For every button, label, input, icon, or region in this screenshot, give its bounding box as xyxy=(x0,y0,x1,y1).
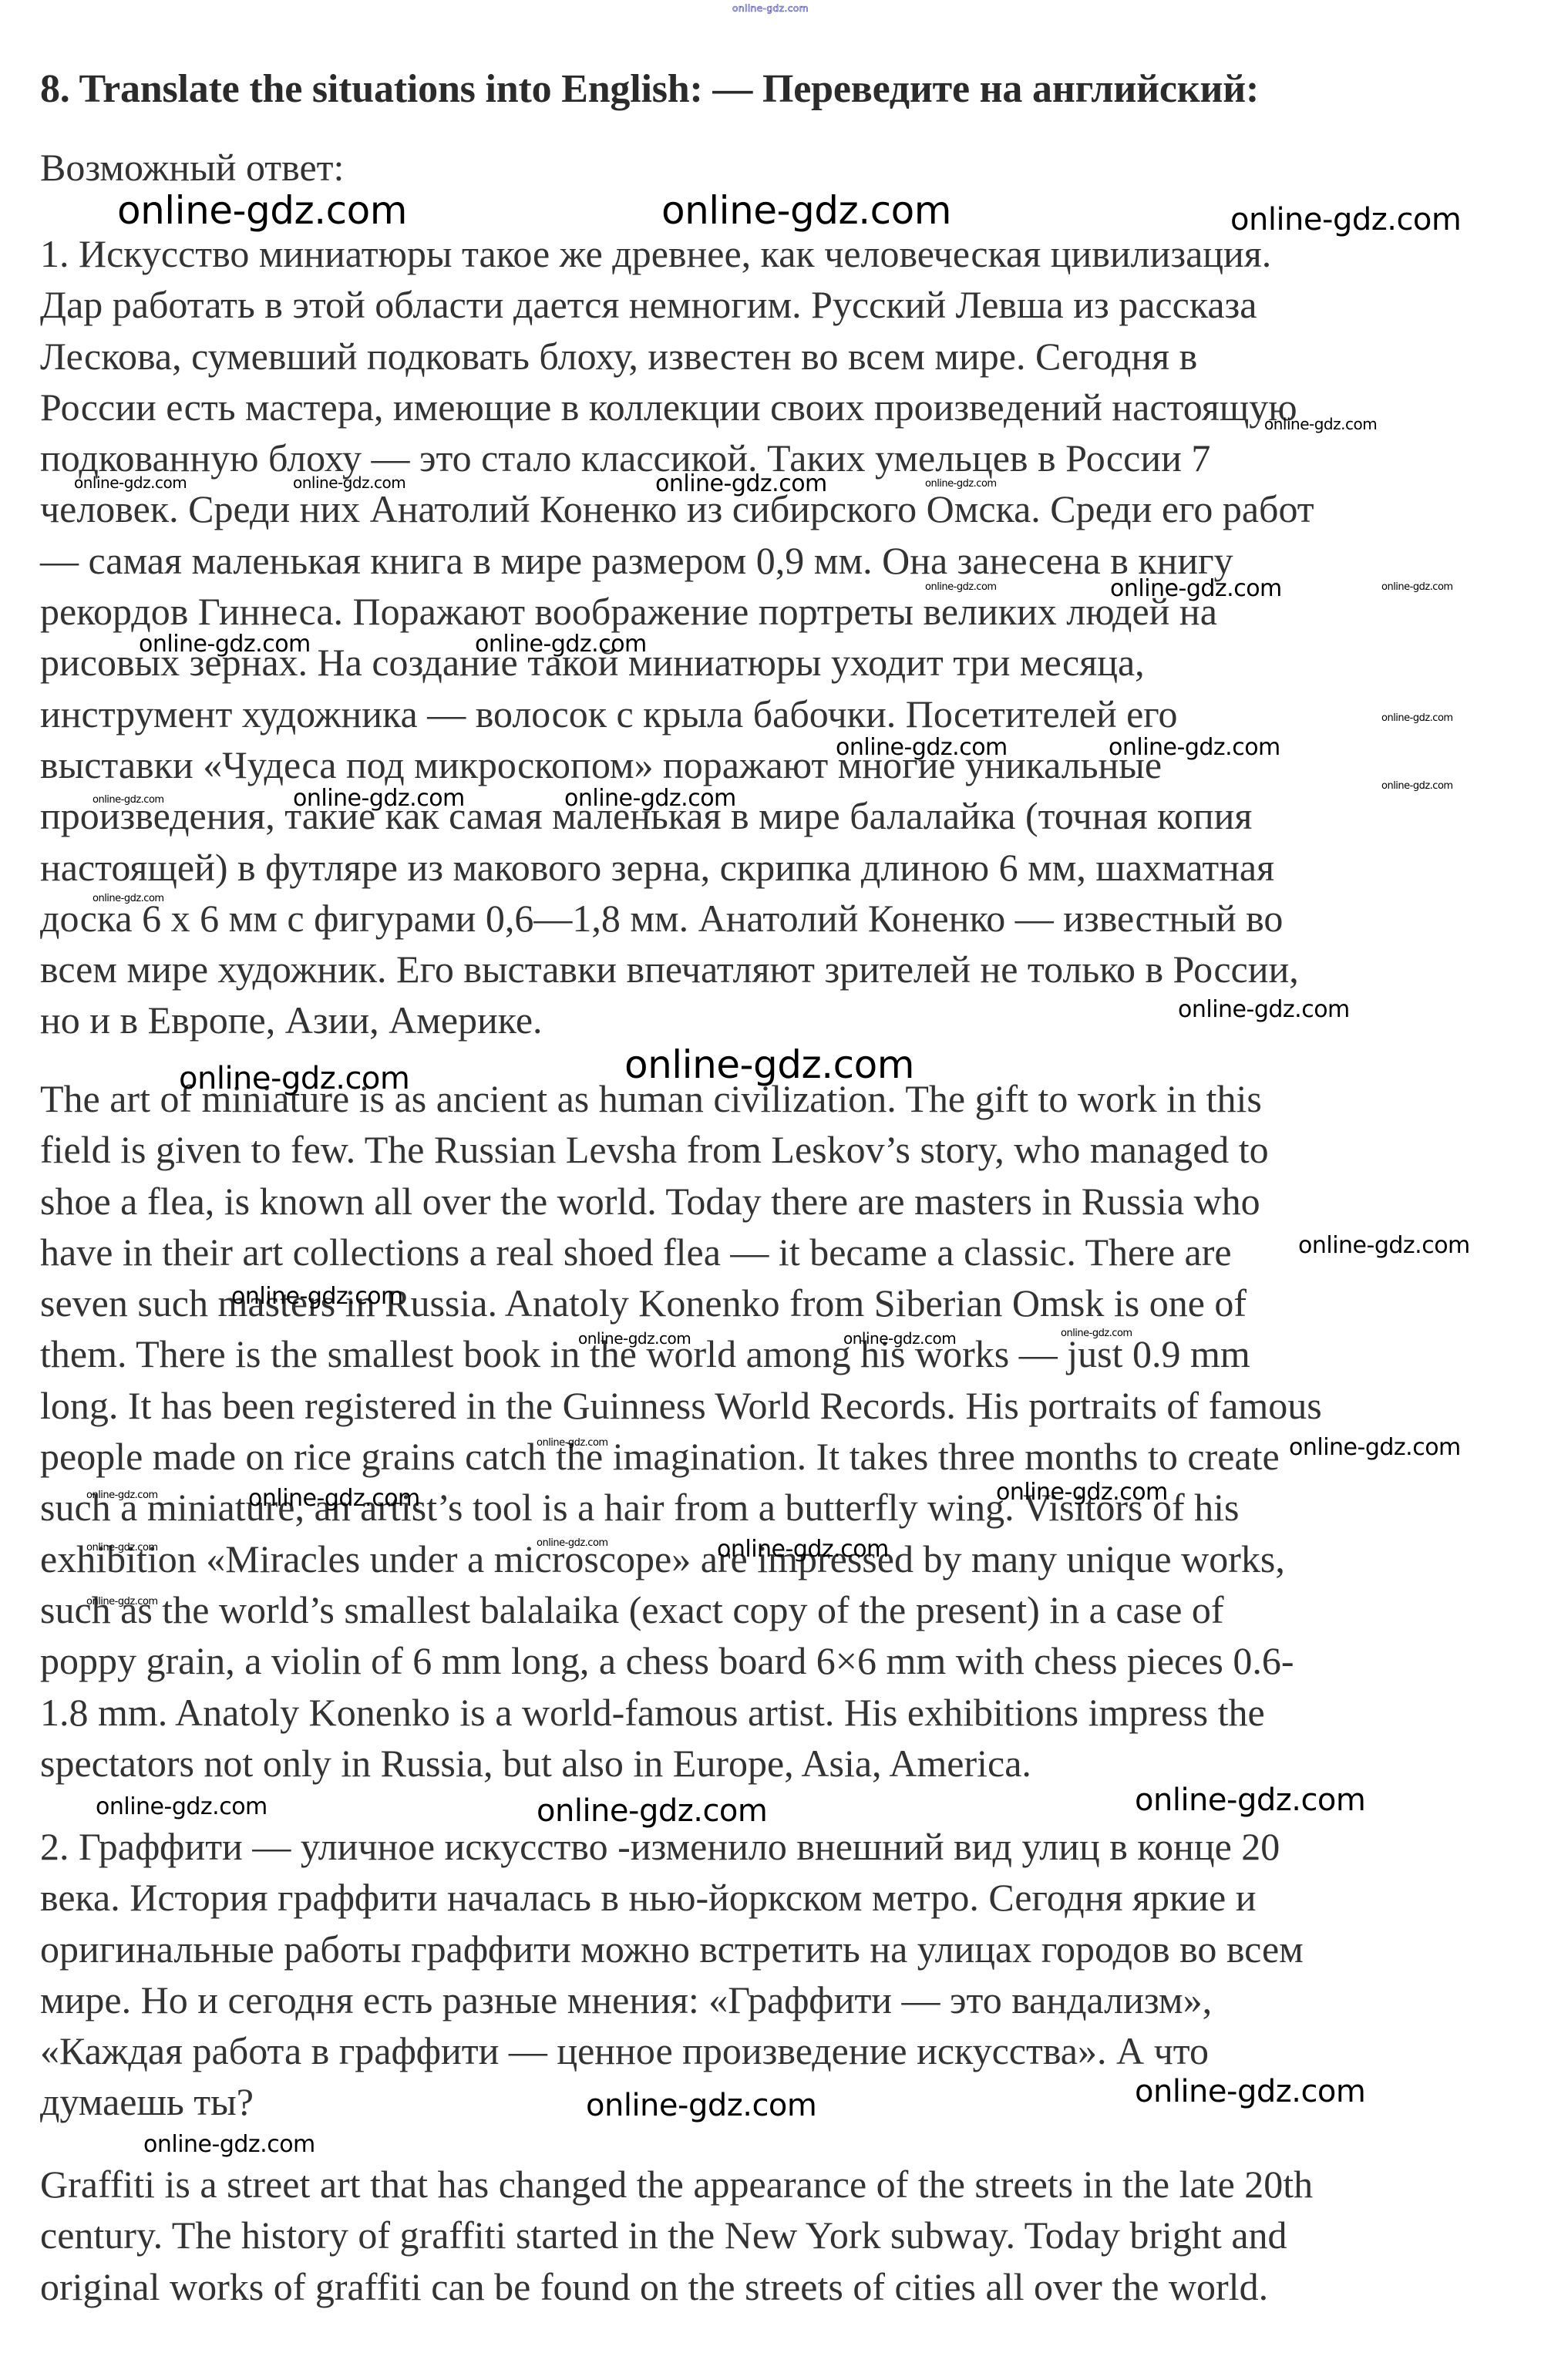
watermark-text: online-gdz.com xyxy=(1298,1232,1470,1259)
watermark-text: online-gdz.com xyxy=(93,794,164,806)
watermark-text: online-gdz.com xyxy=(1109,734,1280,761)
watermark-text: online-gdz.com xyxy=(86,1490,158,1501)
text-line: оригинальные работы граффити можно встре… xyxy=(40,1924,1528,1974)
watermark-text: online-gdz.com xyxy=(86,1596,158,1607)
text-line: shoe a flea, is known all over the world… xyxy=(40,1176,1528,1227)
watermark-text: online-gdz.com xyxy=(231,1283,403,1310)
watermark-text: online-gdz.com xyxy=(1381,712,1453,724)
text-line: field is given to few. The Russian Levsh… xyxy=(40,1124,1528,1175)
text-line: мире. Но и сегодня есть разные мнения: «… xyxy=(40,1974,1528,2025)
watermark-text: online-gdz.com xyxy=(86,1542,158,1554)
watermark-text: online-gdz.com xyxy=(96,1793,267,1820)
watermark-text: online-gdz.com xyxy=(1289,1434,1461,1461)
text-line: 1.8 mm. Anatoly Konenko is a world-famou… xyxy=(40,1687,1528,1738)
watermark-text: online-gdz.com xyxy=(537,1437,608,1449)
watermark-text: online-gdz.com xyxy=(293,785,465,812)
watermark-text: online-gdz.com xyxy=(925,478,997,490)
text-line: века. История граффити началась в нью-йо… xyxy=(40,1872,1528,1923)
watermark-text: online-gdz.com xyxy=(925,581,997,593)
text-line: «Каждая работа в граффити — ценное произ… xyxy=(40,2025,1528,2076)
watermark-text: online-gdz.com xyxy=(179,1061,409,1096)
watermark-text: online-gdz.com xyxy=(537,1793,767,1829)
watermark-text: online-gdz.com xyxy=(143,2131,315,2158)
watermark-text: online-gdz.com xyxy=(93,893,164,904)
text-line: Дар работать в этой области дается немно… xyxy=(40,279,1528,330)
watermark-text: online-gdz.com xyxy=(1264,415,1377,433)
watermark-text: online-gdz.com xyxy=(586,2088,816,2123)
text-line: рекордов Гиннеса. Поражают воображение п… xyxy=(40,586,1528,637)
watermark-text: online-gdz.com xyxy=(655,470,827,497)
watermark-text: online-gdz.com xyxy=(843,1329,956,1348)
watermark-text: online-gdz.com xyxy=(1381,780,1453,792)
exercise-title: 8. Translate the situations into English… xyxy=(40,66,1259,112)
text-line: century. The history of graffiti started… xyxy=(40,2210,1528,2260)
text-line: them. There is the smallest book in the … xyxy=(40,1328,1528,1379)
text-line: Лескова, сумевший подковать блоху, извес… xyxy=(40,331,1528,382)
text-line: — самая маленькая книга в мире размером … xyxy=(40,535,1528,586)
text-line: инструмент художника — волосок с крыла б… xyxy=(40,688,1528,739)
watermark-text: online-gdz.com xyxy=(1381,581,1453,593)
watermark-text: online-gdz.com xyxy=(74,473,187,492)
watermark-text: online-gdz.com xyxy=(248,1485,420,1512)
site-watermark-header: online-gdz.com xyxy=(0,3,1541,14)
text-line: original works of graffiti can be found … xyxy=(40,2261,1528,2312)
text-line: выставки «Чудеса под микроскопом» поража… xyxy=(40,739,1528,790)
watermark-text: online-gdz.com xyxy=(1178,996,1350,1023)
watermark-text: online-gdz.com xyxy=(996,1479,1168,1506)
watermark-text: online-gdz.com xyxy=(1135,2074,1365,2109)
text-line: spectators not only in Russia, but also … xyxy=(40,1738,1528,1789)
text-line: such as the world’s smallest balalaika (… xyxy=(40,1584,1528,1635)
watermark-text: online-gdz.com xyxy=(139,631,311,658)
text-line: Graffiti is a street art that has change… xyxy=(40,2159,1528,2210)
situation-2-english: Graffiti is a street art that has change… xyxy=(40,2159,1528,2312)
watermark-text: online-gdz.com xyxy=(836,734,1008,761)
watermark-text: online-gdz.com xyxy=(293,473,405,492)
watermark-text: online-gdz.com xyxy=(1230,202,1461,237)
watermark-text: online-gdz.com xyxy=(661,188,951,233)
text-line: произведения, такие как самая маленькая … xyxy=(40,790,1528,841)
watermark-text: online-gdz.com xyxy=(1135,1782,1365,1818)
watermark-text: online-gdz.com xyxy=(537,1537,608,1549)
watermark-text: online-gdz.com xyxy=(1110,575,1282,602)
watermark-text: online-gdz.com xyxy=(717,1536,889,1563)
text-line: poppy grain, a violin of 6 mm long, a ch… xyxy=(40,1635,1528,1686)
situation-1-english: The art of miniature is as ancient as hu… xyxy=(40,1073,1528,1789)
document-page: online-gdz.com 8. Translate the situatio… xyxy=(0,0,1541,2380)
watermark-text: online-gdz.com xyxy=(1061,1328,1132,1339)
text-line: доска 6 х 6 мм с фигурами 0,6—1,8 мм. Ан… xyxy=(40,893,1528,944)
answer-label: Возможный ответ: xyxy=(40,145,344,190)
text-line: long. It has been registered in the Guin… xyxy=(40,1380,1528,1431)
watermark-text: online-gdz.com xyxy=(564,785,736,812)
watermark-text: online-gdz.com xyxy=(117,188,407,233)
watermark-text: online-gdz.com xyxy=(475,631,647,658)
watermark-text: online-gdz.com xyxy=(624,1042,914,1087)
text-line: настоящей) в футляре из макового зерна, … xyxy=(40,842,1528,893)
text-line: всем мире художник. Его выставки впечатл… xyxy=(40,944,1528,995)
watermark-text: online-gdz.com xyxy=(578,1329,691,1348)
text-line: 2. Граффити — уличное искусство -изменил… xyxy=(40,1821,1528,1872)
